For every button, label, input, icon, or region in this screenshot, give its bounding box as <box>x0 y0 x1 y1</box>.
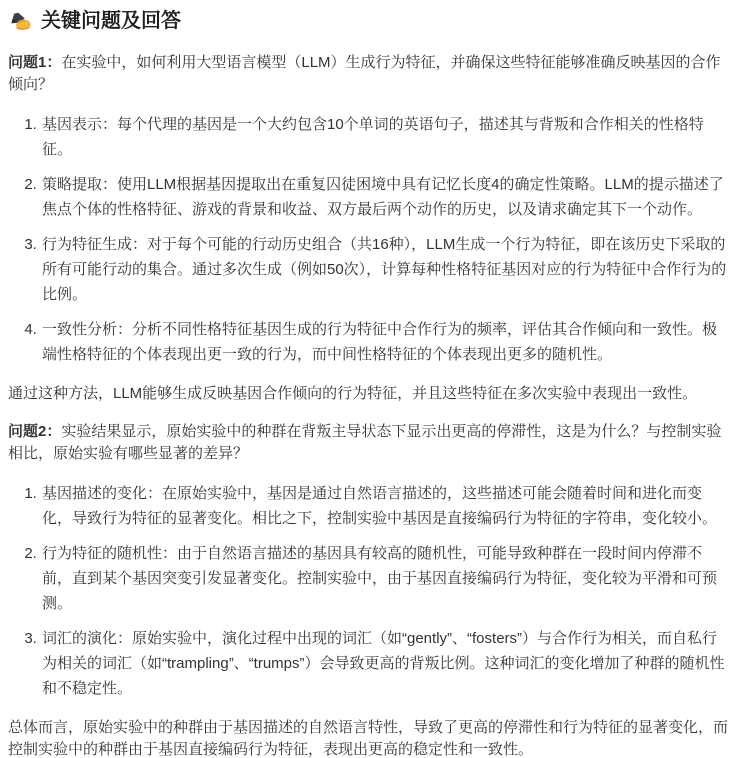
question-2-text: 实验结果显示，原始实验中的种群在背叛主导状态下显示出更高的停滞性，这是为什么？与… <box>8 423 721 462</box>
question-2-answer-list: 基因描述的变化：在原始实验中，基因是通过自然语言描述的，这些描述可能会随着时间和… <box>8 481 730 701</box>
question-2-section: 问题2：实验结果显示，原始实验中的种群在背叛主导状态下显示出更高的停滞性，这是为… <box>8 421 730 758</box>
question-1: 问题1：在实验中，如何利用大型语言模型（LLM）生成行为特征，并确保这些特征能够… <box>8 52 730 96</box>
question-1-label: 问题1： <box>8 54 61 71</box>
question-1-text: 在实验中，如何利用大型语言模型（LLM）生成行为特征，并确保这些特征能够准确反映… <box>8 54 721 93</box>
question-2-label: 问题2： <box>8 423 61 440</box>
writing-hand-icon <box>10 10 32 32</box>
page-title: 关键问题及回答 <box>10 8 730 34</box>
list-item: 策略提取：使用LLM根据基因提取出在重复囚徒困境中具有记忆长度4的确定性策略。L… <box>41 172 730 222</box>
list-item: 行为特征生成：对于每个可能的行动历史组合（共16种），LLM生成一个行为特征，即… <box>41 232 730 307</box>
question-2-summary: 总体而言，原始实验中的种群由于基因描述的自然语言特性，导致了更高的停滞性和行为特… <box>8 717 730 758</box>
list-item: 基因描述的变化：在原始实验中，基因是通过自然语言描述的，这些描述可能会随着时间和… <box>41 481 730 531</box>
question-1-section: 问题1：在实验中，如何利用大型语言模型（LLM）生成行为特征，并确保这些特征能够… <box>8 52 730 405</box>
list-item: 行为特征的随机性：由于自然语言描述的基因具有较高的随机性，可能导致种群在一段时间… <box>41 541 730 616</box>
question-2: 问题2：实验结果显示，原始实验中的种群在背叛主导状态下显示出更高的停滞性，这是为… <box>8 421 730 465</box>
question-1-answer-list: 基因表示：每个代理的基因是一个大约包含10个单词的英语句子，描述其与背叛和合作相… <box>8 112 730 367</box>
question-1-summary: 通过这种方法，LLM能够生成反映基因合作倾向的行为特征，并且这些特征在多次实验中… <box>8 383 730 405</box>
list-item: 词汇的演化：原始实验中，演化过程中出现的词汇（如“gently”、“foster… <box>41 626 730 701</box>
list-item: 一致性分析：分析不同性格特征基因生成的行为特征中合作行为的频率，评估其合作倾向和… <box>41 317 730 367</box>
list-item: 基因表示：每个代理的基因是一个大约包含10个单词的英语句子，描述其与背叛和合作相… <box>41 112 730 162</box>
page-title-text: 关键问题及回答 <box>41 8 181 34</box>
